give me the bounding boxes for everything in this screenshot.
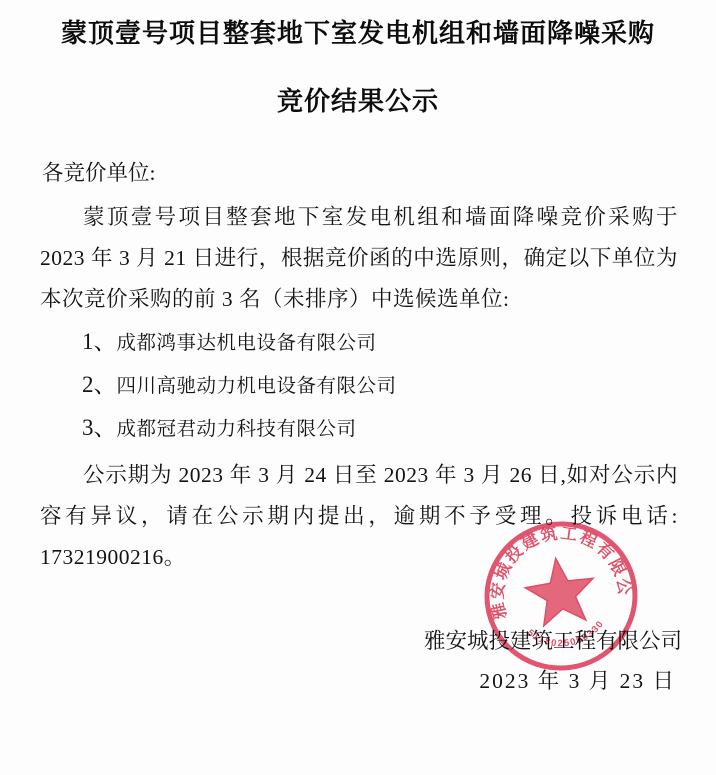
candidate-item-3: 3、成都冠君动力科技有限公司 bbox=[82, 408, 716, 451]
paragraph-intro: 蒙顶壹号项目整套地下室发电机组和墙面降噪竞价采购于 2023 年 3 月 21 … bbox=[40, 197, 678, 320]
candidate-number: 2、 bbox=[82, 372, 117, 397]
candidate-list: 1、成都鸿事达机电设备有限公司 2、四川高驰动力机电设备有限公司 3、成都冠君动… bbox=[82, 322, 716, 451]
notice-title-line2: 竞价结果公示 bbox=[0, 84, 716, 118]
salutation-line: 各竞价单位: bbox=[42, 160, 716, 187]
candidate-number: 1、 bbox=[82, 329, 117, 354]
signature-company-name: 雅安城投建筑工程有限公司 bbox=[0, 628, 716, 655]
signature-date: 2023 年 3 月 23 日 bbox=[0, 668, 716, 695]
candidate-name: 成都冠君动力科技有限公司 bbox=[117, 419, 357, 440]
candidate-item-1: 1、成都鸿事达机电设备有限公司 bbox=[82, 322, 716, 365]
candidate-name: 成都鸿事达机电设备有限公司 bbox=[117, 333, 377, 354]
notice-title-line1: 蒙顶壹号项目整套地下室发电机组和墙面降噪采购 bbox=[0, 0, 716, 50]
candidate-name: 四川高驰动力机电设备有限公司 bbox=[117, 376, 397, 397]
candidate-item-2: 2、四川高驰动力机电设备有限公司 bbox=[82, 365, 716, 408]
notice-document-page: 蒙顶壹号项目整套地下室发电机组和墙面降噪采购 竞价结果公示 各竞价单位: 蒙顶壹… bbox=[0, 0, 716, 775]
paragraph-publicity-period: 公示期为 2023 年 3 月 24 日至 2023 年 3 月 26 日,如对… bbox=[40, 455, 678, 578]
candidate-number: 3、 bbox=[82, 415, 117, 440]
